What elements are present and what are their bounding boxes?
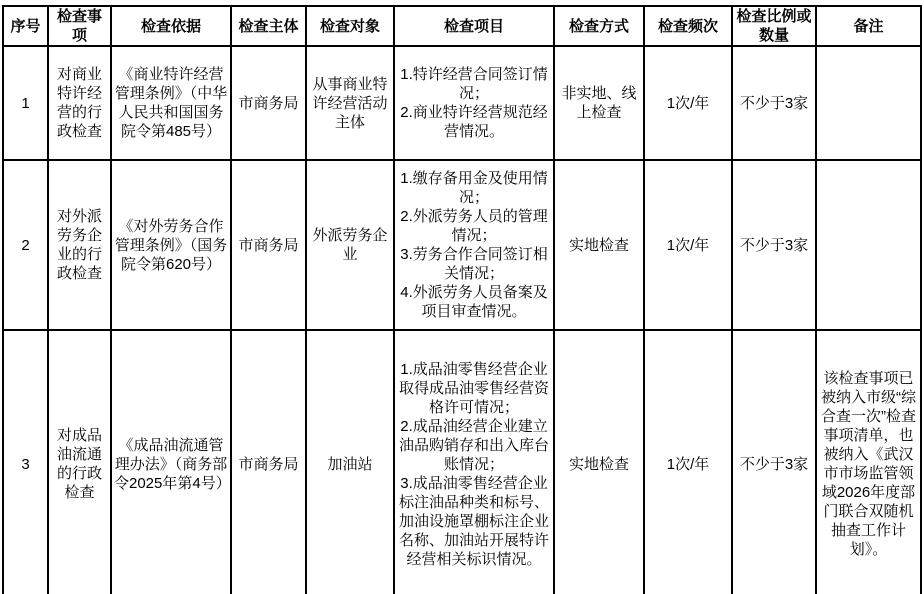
col-header-method: 检查方式 (554, 6, 644, 46)
cell-index: 1 (3, 46, 48, 160)
col-header-basis: 检查依据 (111, 6, 231, 46)
cell-subject: 市商务局 (231, 160, 306, 330)
cell-index: 2 (3, 160, 48, 330)
col-header-subject: 检查主体 (231, 6, 306, 46)
cell-method: 非实地、线上检查 (554, 46, 644, 160)
cell-basis: 《对外劳务合作管理条例》（国务院令第620号） (111, 160, 231, 330)
col-header-index: 序号 (3, 6, 48, 46)
cell-remarks (816, 46, 921, 160)
cell-project: 1.成品油零售经营企业取得成品油零售经营资格许可情况； 2.成品油经营企业建立油… (394, 330, 554, 594)
cell-project: 1.缴存备用金及使用情况； 2.外派劳务人员的管理情况； 3.劳务合作合同签订相… (394, 160, 554, 330)
cell-object: 加油站 (306, 330, 394, 594)
cell-index: 3 (3, 330, 48, 594)
cell-frequency: 1次/年 (644, 330, 732, 594)
cell-method: 实地检查 (554, 330, 644, 594)
cell-remarks (816, 160, 921, 330)
header-row: 序号 检查事项 检查依据 检查主体 检查对象 检查项目 检查方式 检查频次 检查… (3, 6, 921, 46)
cell-remarks: 该检查事项已被纳入市级“综合查一次”检查事项清单，也被纳入《武汉市市场监管领域2… (816, 330, 921, 594)
cell-basis: 《商业特许经营管理条例》（中华人民共和国国务院令第485号） (111, 46, 231, 160)
inspection-items-table: 序号 检查事项 检查依据 检查主体 检查对象 检查项目 检查方式 检查频次 检查… (2, 5, 922, 594)
col-header-frequency: 检查频次 (644, 6, 732, 46)
cell-subject: 市商务局 (231, 46, 306, 160)
cell-frequency: 1次/年 (644, 160, 732, 330)
cell-item: 对商业特许经营的行政检查 (48, 46, 111, 160)
cell-frequency: 1次/年 (644, 46, 732, 160)
cell-subject: 市商务局 (231, 330, 306, 594)
cell-ratio: 不少于3家 (732, 46, 816, 160)
cell-project: 1.特许经营合同签订情况； 2.商业特许经营规范经营情况。 (394, 46, 554, 160)
table-row: 3 对成品油流通的行政检查 《成品油流通管理办法》（商务部令2025年第4号） … (3, 330, 921, 594)
cell-method: 实地检查 (554, 160, 644, 330)
col-header-item: 检查事项 (48, 6, 111, 46)
cell-item: 对成品油流通的行政检查 (48, 330, 111, 594)
table-row: 2 对外派劳务企业的行政检查 《对外劳务合作管理条例》（国务院令第620号） 市… (3, 160, 921, 330)
table-row: 1 对商业特许经营的行政检查 《商业特许经营管理条例》（中华人民共和国国务院令第… (3, 46, 921, 160)
cell-object: 外派劳务企业 (306, 160, 394, 330)
col-header-ratio: 检查比例或数量 (732, 6, 816, 46)
cell-object: 从事商业特许经营活动主体 (306, 46, 394, 160)
col-header-object: 检查对象 (306, 6, 394, 46)
document-page: 序号 检查事项 检查依据 检查主体 检查对象 检查项目 检查方式 检查频次 检查… (0, 0, 924, 594)
cell-ratio: 不少于3家 (732, 330, 816, 594)
cell-basis: 《成品油流通管理办法》（商务部令2025年第4号） (111, 330, 231, 594)
cell-ratio: 不少于3家 (732, 160, 816, 330)
col-header-project: 检查项目 (394, 6, 554, 46)
col-header-remarks: 备注 (816, 6, 921, 46)
cell-item: 对外派劳务企业的行政检查 (48, 160, 111, 330)
